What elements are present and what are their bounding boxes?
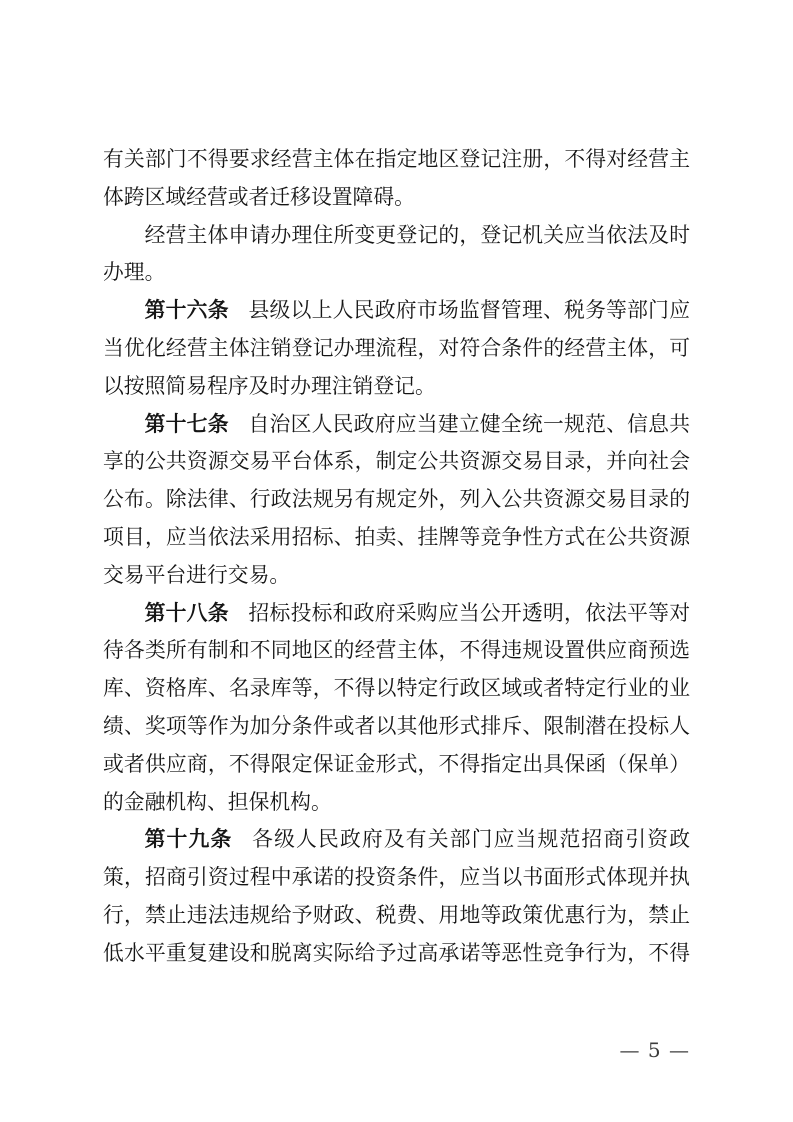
text-line: 享的公共资源交易平台体系，制定公共资源交易目录，并向社会	[103, 443, 690, 481]
text-line: 的金融机构、担保机构。	[103, 784, 690, 822]
text-line: 行，禁止违法违规给予财政、税费、用地等政策优惠行为，禁止	[103, 897, 690, 935]
text-line: 第十九条各级人民政府及有关部门应当规范招商引资政	[103, 821, 690, 859]
text-line: 低水平重复建设和脱离实际给予过高承诺等恶性竞争行为，不得	[103, 935, 690, 973]
text-line: 第十八条招标投标和政府采购应当公开透明，依法平等对	[103, 595, 690, 633]
document-page: 有关部门不得要求经营主体在指定地区登记注册，不得对经营主体跨区域经营或者迁移设置…	[0, 0, 793, 1122]
text-line: 办理。	[103, 254, 690, 292]
article-number: 第十六条	[145, 298, 229, 322]
text-line: 策，招商引资过程中承诺的投资条件，应当以书面形式体现并执	[103, 859, 690, 897]
text-line: 经营主体申请办理住所变更登记的，登记机关应当依法及时	[103, 217, 690, 255]
text-line: 待各类所有制和不同地区的经营主体，不得违规设置供应商预选	[103, 632, 690, 670]
text-line: 第十七条自治区人民政府应当建立健全统一规范、信息共	[103, 406, 690, 444]
article-number: 第十八条	[145, 601, 229, 625]
page-number: — 5 —	[620, 1038, 690, 1062]
text-line: 以按照简易程序及时办理注销登记。	[103, 368, 690, 406]
text-line: 当优化经营主体注销登记办理流程，对符合条件的经营主体，可	[103, 330, 690, 368]
text-line: 第十六条县级以上人民政府市场监督管理、税务等部门应	[103, 292, 690, 330]
text-line: 公布。除法律、行政法规另有规定外，列入公共资源交易目录的	[103, 481, 690, 519]
text-column: 有关部门不得要求经营主体在指定地区登记注册，不得对经营主体跨区域经营或者迁移设置…	[103, 141, 690, 973]
text-line: 交易平台进行交易。	[103, 557, 690, 595]
article-number: 第十九条	[145, 827, 233, 851]
text-line: 绩、奖项等作为加分条件或者以其他形式排斥、限制潜在投标人	[103, 708, 690, 746]
article-number: 第十七条	[145, 412, 229, 436]
text-line: 库、资格库、名录库等，不得以特定行政区域或者特定行业的业	[103, 670, 690, 708]
text-line: 或者供应商，不得限定保证金形式，不得指定出具保函（保单）	[103, 746, 690, 784]
text-line: 项目，应当依法采用招标、拍卖、挂牌等竞争性方式在公共资源	[103, 519, 690, 557]
text-line: 体跨区域经营或者迁移设置障碍。	[103, 179, 690, 217]
text-line: 有关部门不得要求经营主体在指定地区登记注册，不得对经营主	[103, 141, 690, 179]
